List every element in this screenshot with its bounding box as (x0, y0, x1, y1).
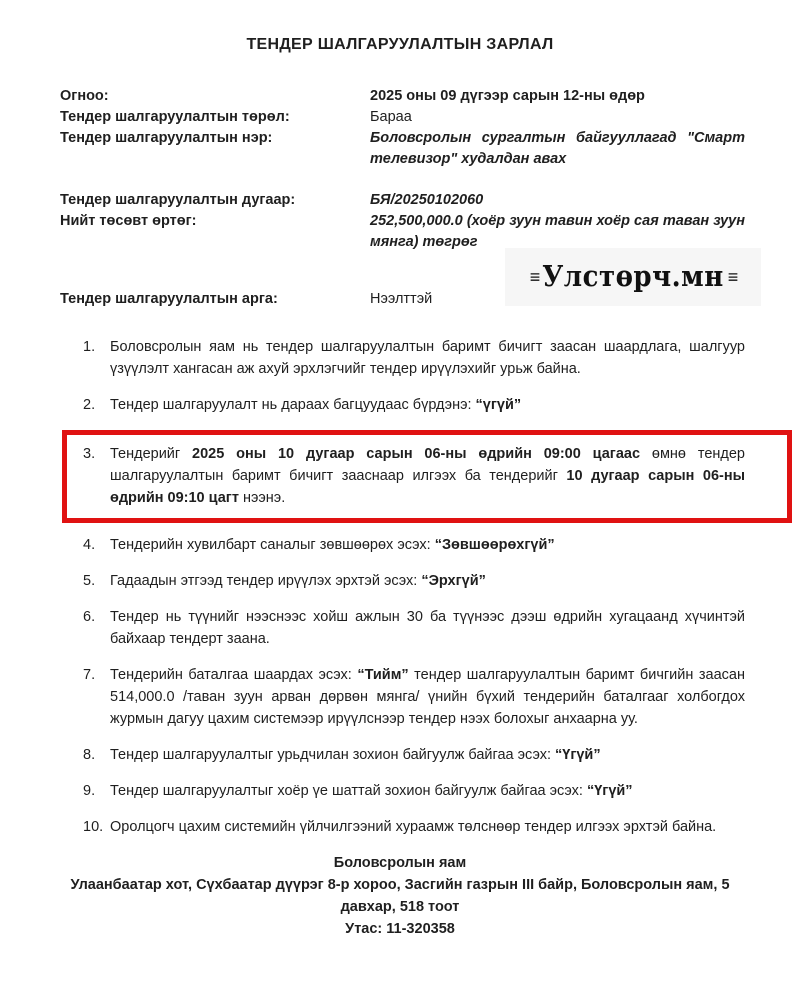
info-value: БЯ/20250102060 (370, 190, 745, 211)
item-number: 10. (83, 816, 110, 838)
document-title: ТЕНДЕР ШАЛГАРУУЛАЛТЫН ЗАРЛАЛ (0, 0, 800, 54)
footer-address: Улаанбаатар хот, Сүхбаатар дүүрэг 8-р хо… (55, 874, 745, 918)
wing-right-icon: ≡ (728, 267, 737, 288)
tender-announcement-document: ТЕНДЕР ШАЛГАРУУЛАЛТЫН ЗАРЛАЛ Огноо: 2025… (0, 0, 800, 992)
list-item: 10. Оролцогч цахим системийн үйлчилгээни… (83, 816, 745, 838)
item-text: Тендер шалгаруулалт нь дараах багцуудаас… (110, 394, 745, 416)
text-segment-bold: “Үгүй” (555, 747, 601, 763)
item-number: 3. (83, 443, 110, 509)
text-segment-bold: “Тийм” (357, 667, 408, 683)
wing-left-icon: ≡ (530, 267, 539, 288)
list-item: 2. Тендер шалгаруулалт нь дараах багцууд… (83, 394, 745, 416)
list-item: 7. Тендерийн баталгаа шаардах эсэх: “Тий… (83, 664, 745, 730)
text-segment: Тендер нь түүнийг нээснээс хойш ажлын 30… (110, 609, 745, 647)
item-text: Тендерийг 2025 оны 10 дугаар сарын 06-ны… (110, 443, 745, 509)
item-text: Тендерийн баталгаа шаардах эсэх: “Тийм” … (110, 664, 745, 730)
text-segment-bold: “Эрхгүй” (421, 573, 486, 589)
text-segment: Тендер шалгаруулалтыг хоёр үе шаттай зох… (110, 783, 587, 799)
info-label: Тендер шалгаруулалтын арга: (60, 289, 370, 310)
text-segment-bold: “Үгүй” (587, 783, 633, 799)
text-segment: Оролцогч цахим системийн үйлчилгээний ху… (110, 819, 716, 835)
text-segment-bold: “Зөвшөөрөхгүй” (435, 537, 555, 553)
footer-organization: Боловсролын яам (0, 852, 800, 874)
list-item: 1. Боловсролын яам нь тендер шалгаруулал… (83, 336, 745, 380)
text-segment: Тендерийн баталгаа шаардах эсэх: (110, 667, 357, 683)
info-row-budget: Нийт төсөвт өртөг: 252,500,000.0 (хоёр з… (60, 211, 745, 253)
spacer (60, 170, 745, 190)
footer: Боловсролын яам Улаанбаатар хот, Сүхбаат… (0, 852, 800, 940)
info-label: Нийт төсөвт өртөг: (60, 211, 370, 253)
info-row-number: Тендер шалгаруулалтын дугаар: БЯ/2025010… (60, 190, 745, 211)
list-item: 3. Тендерийг 2025 оны 10 дугаар сарын 06… (83, 443, 745, 509)
watermark-text: Улстөрч.мн (542, 260, 724, 294)
item-text: Тендер шалгаруулалтыг урьдчилан зохион б… (110, 744, 745, 766)
item-number: 6. (83, 606, 110, 650)
text-segment: Гадаадын этгээд тендер ирүүлэх эрхтэй эс… (110, 573, 421, 589)
info-row-name: Тендер шалгаруулалтын нэр: Боловсролын с… (60, 128, 745, 170)
item-number: 4. (83, 534, 110, 556)
info-label: Тендер шалгаруулалтын нэр: (60, 128, 370, 170)
text-segment: нээнэ. (239, 490, 285, 506)
list-item: 6. Тендер нь түүнийг нээснээс хойш ажлын… (83, 606, 745, 650)
text-segment: Тендерийн хувилбарт саналыг зөвшөөрөх эс… (110, 537, 435, 553)
text-segment: Тендер шалгаруулалт нь дараах багцуудаас… (110, 397, 476, 413)
info-row-date: Огноо: 2025 оны 09 дүгээр сарын 12-ны өд… (60, 86, 745, 107)
item-number: 7. (83, 664, 110, 730)
info-value: Бараа (370, 107, 745, 128)
highlight-box: 3. Тендерийг 2025 оны 10 дугаар сарын 06… (62, 430, 792, 523)
info-value: Боловсролын сургалтын байгууллагад "Смар… (370, 128, 745, 170)
item-number: 1. (83, 336, 110, 380)
info-value: 252,500,000.0 (хоёр зуун тавин хоёр сая … (370, 211, 745, 253)
item-text: Боловсролын яам нь тендер шалгаруулалтын… (110, 336, 745, 380)
item-number: 2. (83, 394, 110, 416)
item-number: 5. (83, 570, 110, 592)
list-item: 9. Тендер шалгаруулалтыг хоёр үе шаттай … (83, 780, 745, 802)
info-label: Тендер шалгаруулалтын төрөл: (60, 107, 370, 128)
site-watermark: ≡ Улстөрч.мн ≡ (505, 248, 761, 306)
info-label: Тендер шалгаруулалтын дугаар: (60, 190, 370, 211)
item-text: Тендерийн хувилбарт саналыг зөвшөөрөх эс… (110, 534, 745, 556)
conditions-list: 1. Боловсролын яам нь тендер шалгаруулал… (0, 336, 800, 838)
list-item: 5. Гадаадын этгээд тендер ирүүлэх эрхтэй… (83, 570, 745, 592)
item-number: 8. (83, 744, 110, 766)
text-segment: Тендерийг (110, 446, 192, 462)
list-item: 8. Тендер шалгаруулалтыг урьдчилан зохио… (83, 744, 745, 766)
item-number: 9. (83, 780, 110, 802)
info-label: Огноо: (60, 86, 370, 107)
footer-phone: Утас: 11-320358 (0, 918, 800, 940)
text-segment: Боловсролын яам нь тендер шалгаруулалтын… (110, 339, 745, 377)
item-text: Оролцогч цахим системийн үйлчилгээний ху… (110, 816, 745, 838)
text-segment: Тендер шалгаруулалтыг урьдчилан зохион б… (110, 747, 555, 763)
info-row-type: Тендер шалгаруулалтын төрөл: Бараа (60, 107, 745, 128)
item-text: Тендер шалгаруулалтыг хоёр үе шаттай зох… (110, 780, 745, 802)
text-segment-bold: 2025 оны 10 дугаар сарын 06-ны өдрийн 09… (192, 446, 640, 462)
list-item: 4. Тендерийн хувилбарт саналыг зөвшөөрөх… (83, 534, 745, 556)
item-text: Тендер нь түүнийг нээснээс хойш ажлын 30… (110, 606, 745, 650)
text-segment-bold: “үгүй” (476, 397, 522, 413)
info-value: 2025 оны 09 дүгээр сарын 12-ны өдөр (370, 86, 745, 107)
item-text: Гадаадын этгээд тендер ирүүлэх эрхтэй эс… (110, 570, 745, 592)
